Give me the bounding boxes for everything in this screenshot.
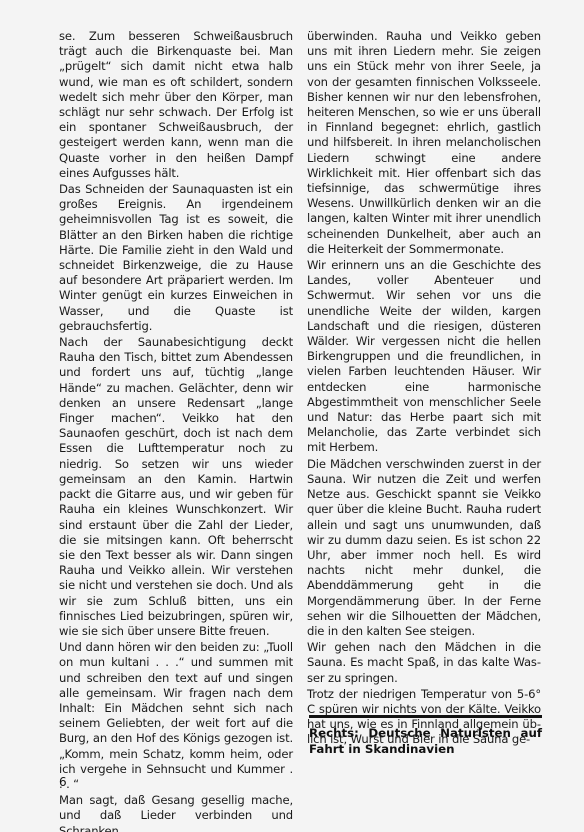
caption-divider — [309, 715, 542, 718]
paragraph: Wir erinnern uns an die Geschichte des L… — [307, 258, 541, 456]
paragraph: Die Mädchen verschwinden zuerst in der S… — [307, 457, 541, 639]
paragraph: Nach der Saunabesichtigung deckt Rauha d… — [59, 335, 293, 639]
left-text-column: se. Zum besseren Schweißausbruch trägt a… — [59, 29, 293, 832]
paragraph: Und dann hören wir den beiden zu: „Tuoll… — [59, 640, 293, 792]
paragraph: überwinden. Rauha und Veikko geben uns m… — [307, 29, 541, 257]
paragraph: se. Zum besseren Schweißausbruch trägt a… — [59, 29, 293, 181]
paragraph: Das Schneiden der Saunaquasten ist ein g… — [59, 182, 293, 334]
photo-caption: Rechts: Deutsche Naturisten auf Fahrt in… — [309, 726, 542, 757]
paragraph: Man sagt, daß Gesang gesellig mache, und… — [59, 793, 293, 832]
paragraph: Wir gehen nach den Mädchen in die Sauna.… — [307, 640, 541, 686]
page-number: 6 — [59, 775, 67, 789]
right-text-column: überwinden. Rauha und Veikko geben uns m… — [307, 29, 541, 749]
